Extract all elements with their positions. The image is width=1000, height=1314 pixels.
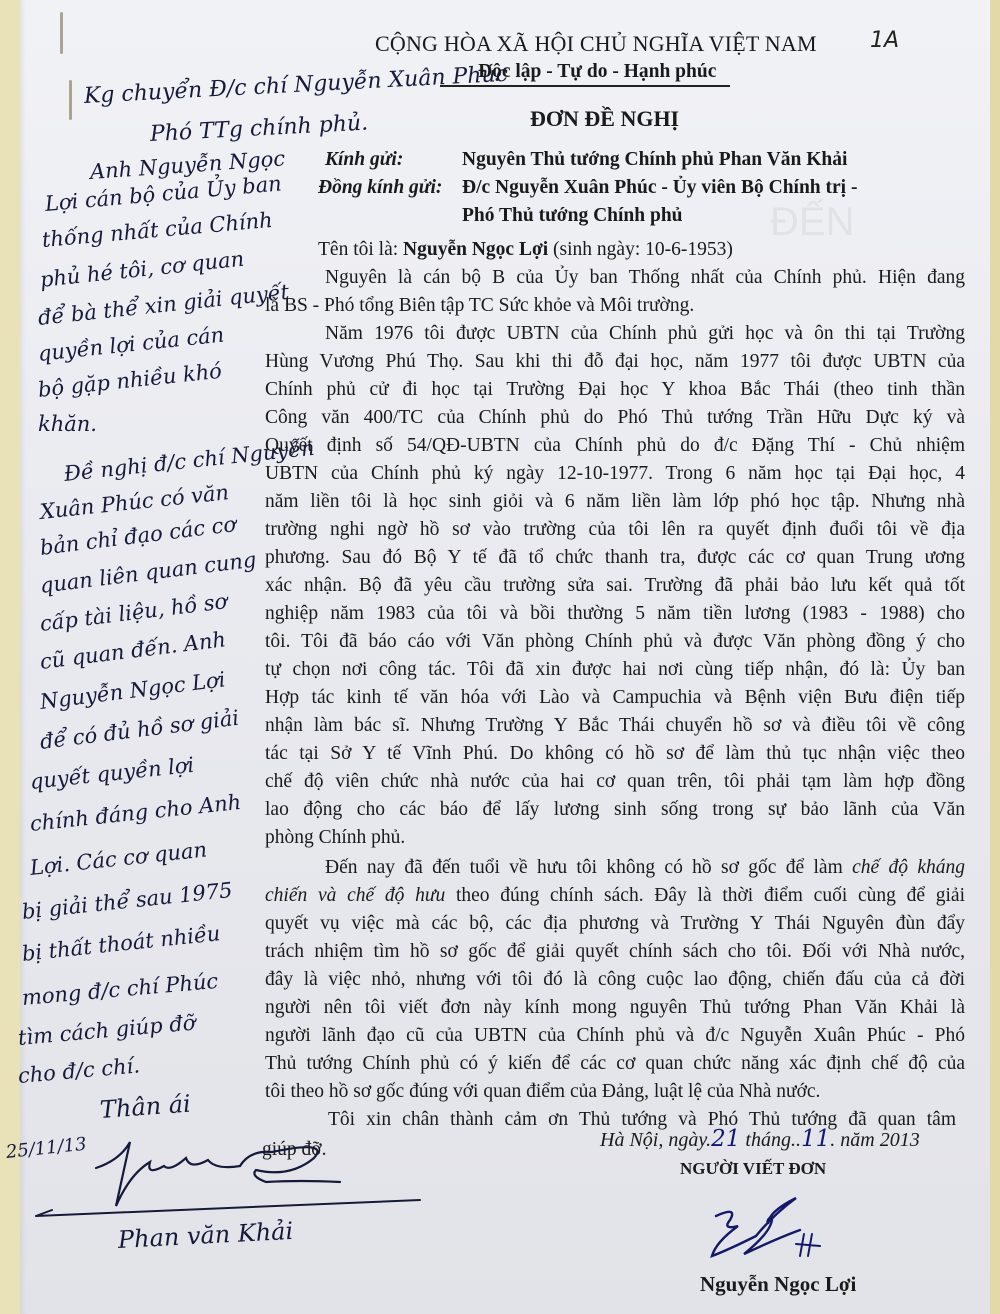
body-line: chiến và chế độ hưu theo đúng chính sách… [265, 882, 965, 910]
body-line: Quyết định số 54/QĐ-UBTN của Chính phủ d… [265, 432, 965, 460]
staple-mark [69, 80, 72, 120]
cc-label: Đồng kính gửi: [318, 174, 442, 202]
body-line: Hùng Vương Phú Thọ. Sau khi thi đỗ đại h… [265, 348, 965, 376]
birth-date: (sinh ngày: 10-6-1953) [548, 239, 733, 260]
body-line: phương. Sau đó Bộ Y tế đã tổ chức thanh … [265, 544, 965, 572]
ghost-bleed-text: ĐẾN [770, 200, 854, 245]
addressee-value: Nguyên Thủ tướng Chính phủ Phan Văn Khải [462, 146, 847, 174]
applicant-name: Nguyễn Ngọc Lợi [403, 239, 548, 260]
date-prefix: Hà Nội, ngày. [600, 1129, 711, 1151]
staple-mark [60, 12, 63, 54]
cc-value: Đ/c Nguyễn Xuân Phúc - Ủy viên Bộ Chính … [462, 174, 857, 202]
body-line: chế độ viên chức nhà nước của hai cơ qua… [265, 768, 965, 796]
body-line: quyết vụ việc mà các bộ, các địa phương … [265, 910, 965, 938]
body-line: Đến nay đã đến tuổi về hưu tôi không có … [325, 854, 965, 882]
body-line: tự chọn nơi công tác. Tôi đã xin được ha… [265, 656, 965, 684]
text-span: Đến nay đã đến tuổi về hưu tôi không có … [325, 857, 852, 878]
applicant-signature [708, 1190, 828, 1270]
body-line: Năm 1976 tôi được UBTN của Chính phủ gửi… [325, 320, 965, 348]
body-line: Thủ tướng Chính phủ có ý kiến để các cơ … [265, 1050, 965, 1078]
body-line: người lãnh đạo cũ của UBTN của Chính phủ… [265, 1022, 965, 1050]
body-line: là BS - Phó tổng Biên tập TC Sức khỏe và… [265, 292, 965, 320]
body-line: phòng Chính phủ. [265, 824, 965, 852]
body-line: năm liền tôi là học sinh giỏi và 6 năm l… [265, 488, 965, 516]
italic-span: chiến và chế độ hưu [265, 885, 445, 906]
body-line: nhận làm bác sĩ. Nhưng Trường Y Bắc Thái… [265, 712, 965, 740]
date-mid: tháng.. [740, 1129, 801, 1151]
body-line: tôi. Tôi đã báo cáo với Văn phòng Chính … [265, 628, 965, 656]
document-title: ĐƠN ĐỀ NGHỊ [530, 105, 679, 133]
motto: Độc lập - Tự do - Hạnh phúc [478, 58, 716, 86]
text-span: theo đúng chính sách. Đây là thời điểm c… [445, 885, 965, 906]
addressee-label: Kính gửi: [325, 146, 403, 174]
page-marker: 1A [870, 28, 899, 53]
body-line: tôi theo hồ sơ gốc đúng với quan điểm củ… [265, 1078, 965, 1106]
body-line: người nên tôi viết đơn này kính mong ngu… [265, 994, 965, 1022]
body-line: Công văn 400/TC của Chính phủ do Phó Thủ… [265, 404, 965, 432]
body-line: Hợp tác kinh tế văn hóa với Lào và Campu… [265, 684, 965, 712]
writer-title: NGƯỜI VIẾT ĐƠN [680, 1155, 826, 1183]
italic-span: chế độ kháng [852, 857, 965, 878]
body-line: Nguyên là cán bộ B của Ủy ban Thống nhất… [325, 264, 965, 292]
intro-line: Tên tôi là: Nguyễn Ngọc Lợi (sinh ngày: … [318, 236, 733, 264]
body-line: trách nhiệm tìm hồ sơ gốc để giải quyết … [265, 938, 965, 966]
body-line: tác tại Sở Y tế Vĩnh Phú. Do không có hồ… [265, 740, 965, 768]
date-day: 21 [711, 1126, 740, 1152]
date-year: . năm 2013 [830, 1129, 919, 1151]
date-line: Hà Nội, ngày.21 tháng..11. năm 2013 [600, 1125, 920, 1154]
intro-prefix: Tên tôi là: [318, 239, 403, 260]
body-line: nghiệp năm 1983 của tôi và bồi thường 5 … [265, 600, 965, 628]
body-line: Chính phủ cử đi học tại Trường Đại học Y… [265, 376, 965, 404]
body-line: trường nghi ngờ hồ sơ vào trường của tôi… [265, 516, 965, 544]
page-edge [990, 0, 1000, 1314]
cc-value-cont: Phó Thủ tướng Chính phủ [462, 202, 683, 230]
handwritten-note-line: khăn. [38, 412, 97, 436]
writer-name: Nguyễn Ngọc Lợi [700, 1270, 856, 1298]
body-line: lao động cho các báo để lấy lương sinh s… [265, 796, 965, 824]
nation-header: CỘNG HÒA XÃ HỘI CHỦ NGHĨA VIỆT NAM [375, 30, 817, 58]
body-line: đây là việc nhỏ, nhưng với tôi đó là côn… [265, 966, 965, 994]
body-line: UBTN của Chính phủ ký ngày 12-10-1977. T… [265, 460, 965, 488]
body-line: xác nhận. Bộ đã yêu cầu trường sửa sai. … [265, 572, 965, 600]
date-month: 11 [801, 1126, 830, 1152]
